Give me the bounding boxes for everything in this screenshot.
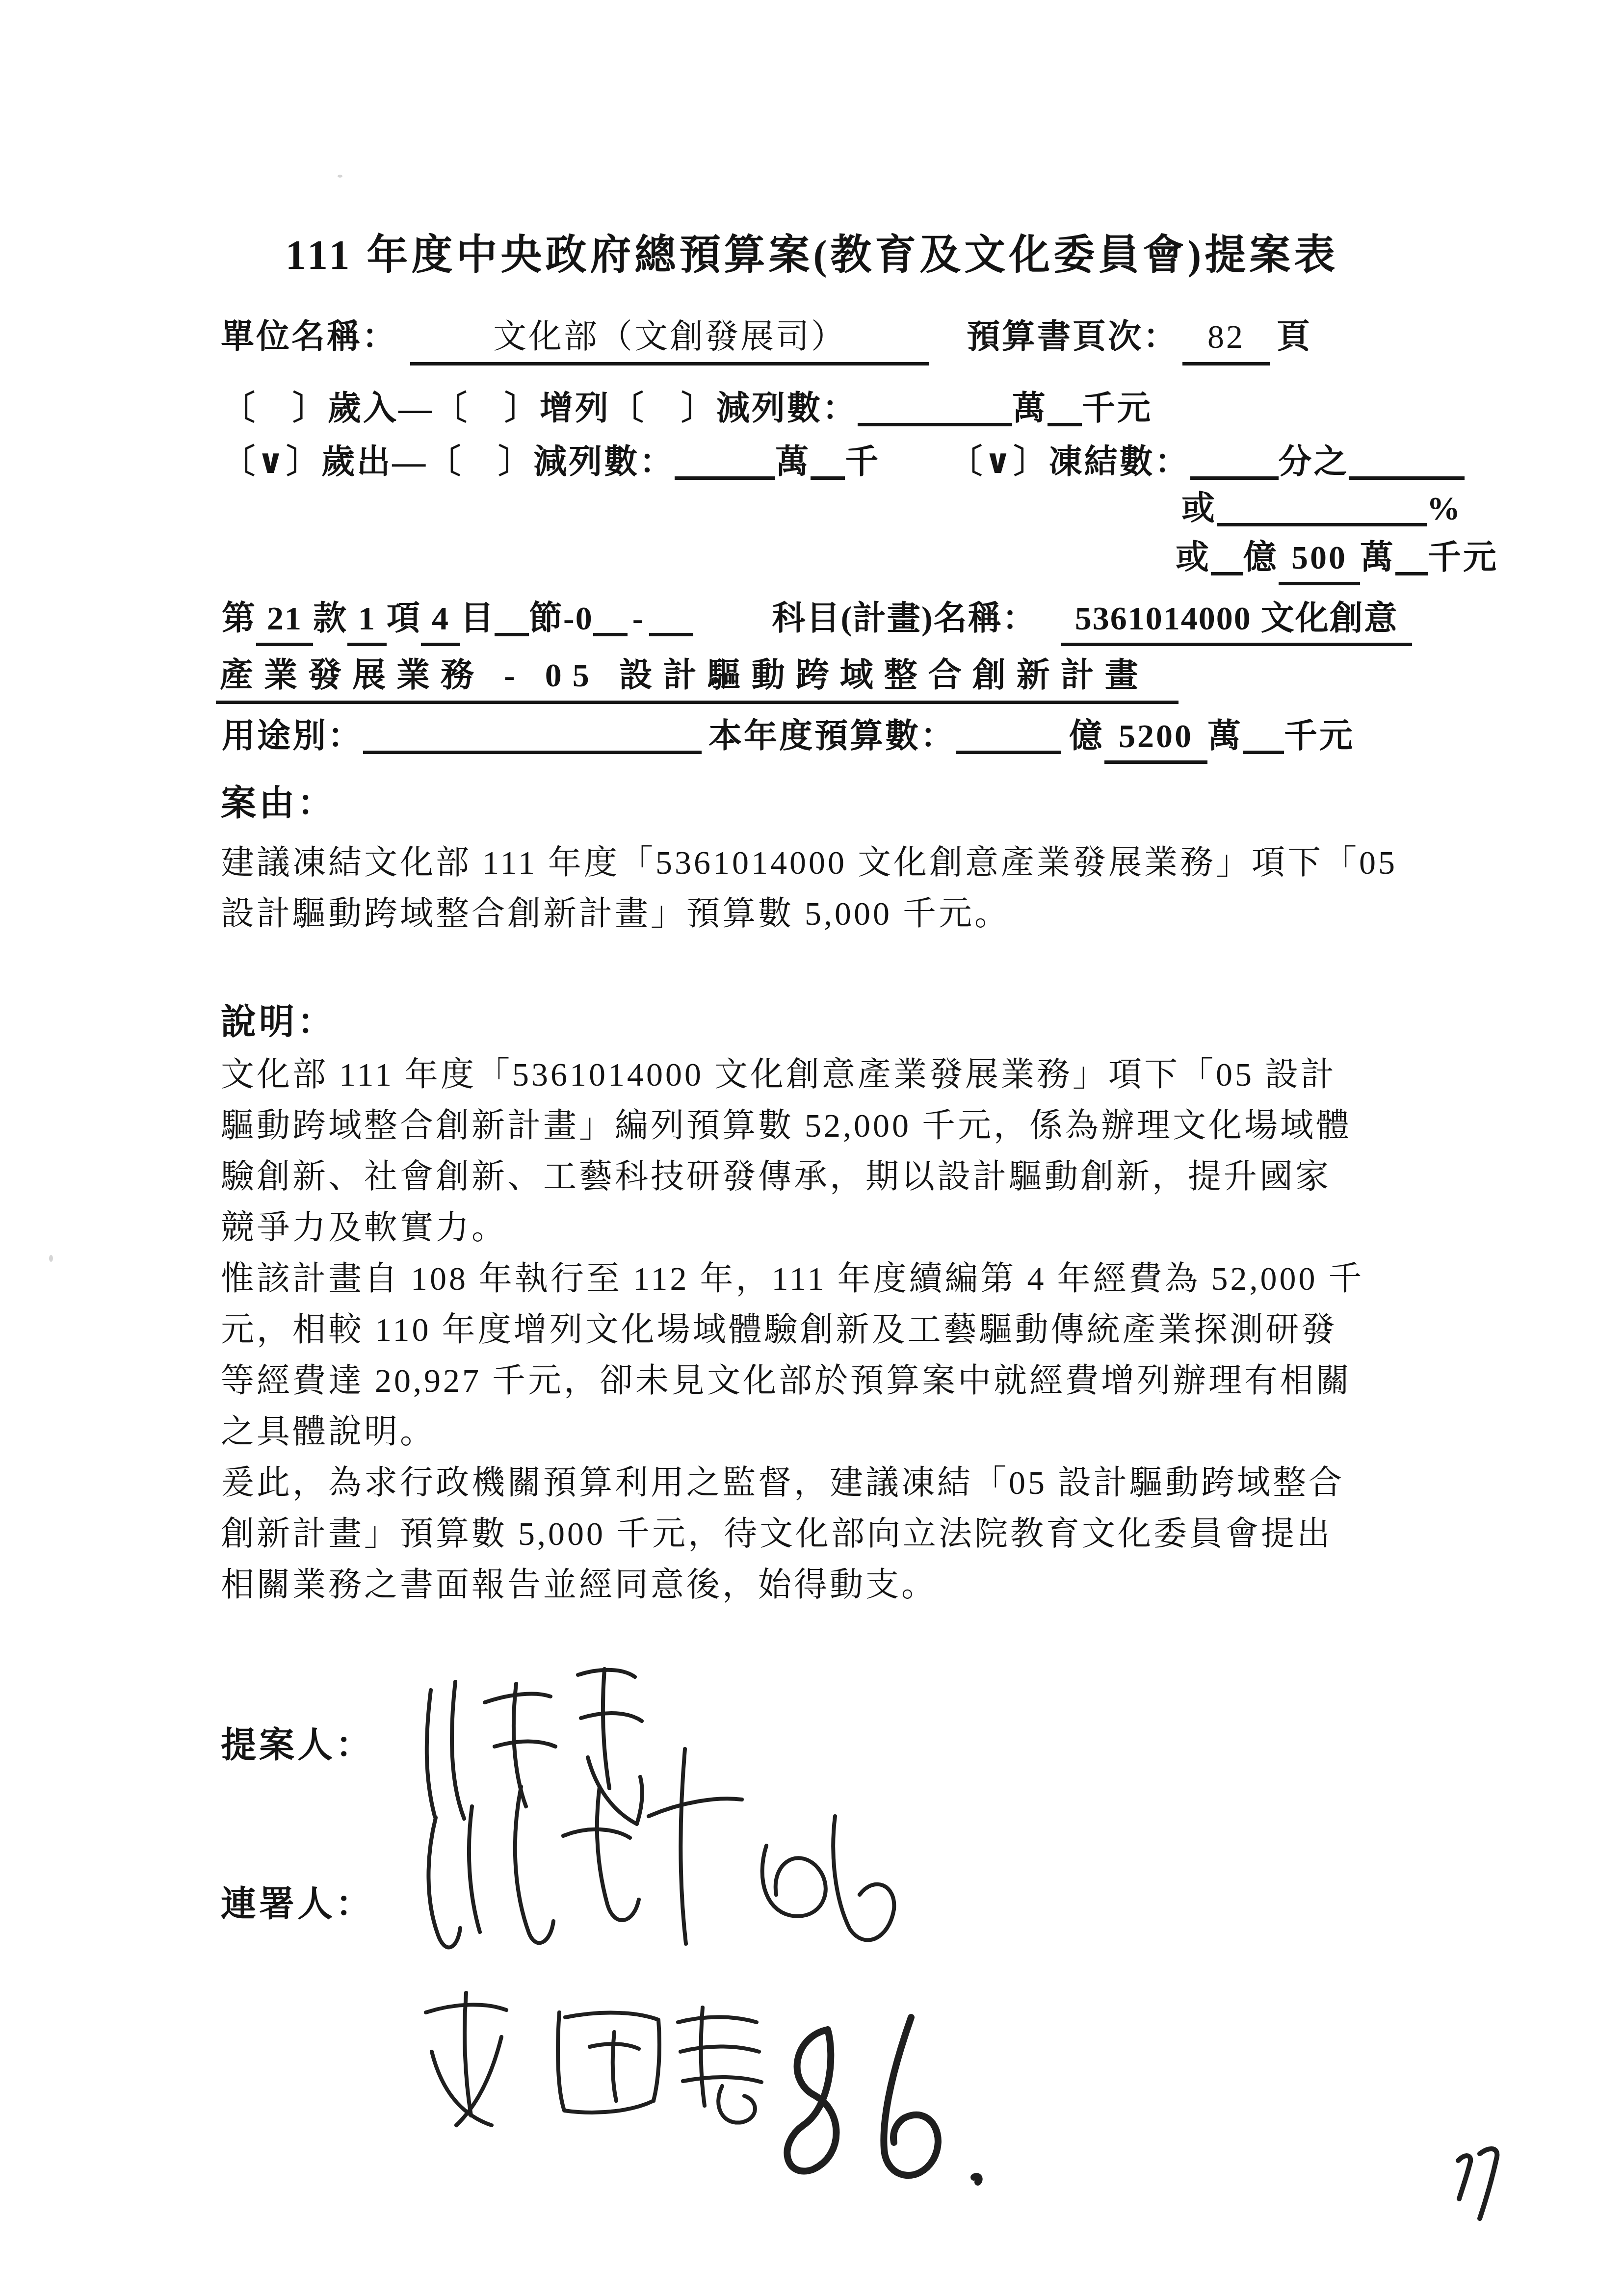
description-line: 文化部 111 年度「5361014000 文化創意產業發展業務」項下「05 設… <box>221 1049 1364 1100</box>
subject-value-line1: 5361014000 文化創意 <box>1061 599 1412 646</box>
case-line: 建議凍結文化部 111 年度「5361014000 文化創意產業發展業務」項下「… <box>221 837 1397 888</box>
expense-row: 〔∨〕歲出—〔 〕減列數：萬千〔∨〕凍結數：分之 <box>222 442 1465 482</box>
cosigner-signature-2 <box>426 1993 761 2125</box>
budget-qianyuan-unit: 千元 <box>1284 717 1355 755</box>
freeze-amount-500: 500 <box>1279 538 1360 585</box>
checkbox-decrease: 〔 〕 <box>610 390 716 427</box>
kuan-number: 21 <box>256 599 313 646</box>
jie-dash: - <box>632 600 645 637</box>
description-line: 相關業務之書面報告並經同意後，始得動支。 <box>221 1559 1364 1610</box>
or-label-2: 或 <box>1176 539 1211 576</box>
budget-book-page-label: 預算書頁次： <box>967 318 1179 355</box>
case-line: 設計驅動跨域整合創新計畫」預算數 5,000 千元。 <box>221 888 1397 939</box>
checkbox-freeze-checked: 〔∨〕 <box>949 443 1048 480</box>
description-line: 競爭力及軟實力。 <box>221 1202 1364 1253</box>
blank-yi <box>1211 567 1243 575</box>
description-line: 驅動跨域整合創新計畫」編列預算數 52,000 千元，係為辦理文化場域體 <box>221 1100 1364 1151</box>
budget-amount-5200: 5200 <box>1104 716 1207 764</box>
blank-budget-qian <box>1243 746 1284 754</box>
increase-label: 增列 <box>540 390 610 427</box>
budget-wan-unit: 萬 <box>1207 717 1243 755</box>
usage-label: 用途別： <box>222 717 363 755</box>
subject-value-line2: 產業發展業務 - 05 設計驅動跨域整合創新計畫 <box>216 655 1179 704</box>
decrease-amount-label: 減列數： <box>716 390 858 427</box>
handwritten-number-86 <box>787 2017 979 2182</box>
budget-yi-unit: 億 <box>1069 717 1104 755</box>
xiang-label: 項 <box>387 600 421 637</box>
description-heading: 說明： <box>221 1001 336 1043</box>
expense-decrease-label: 減列數： <box>533 443 675 480</box>
or-wan-unit: 萬 <box>1360 539 1395 576</box>
revenue-row: 〔 〕歲入—〔 〕增列〔 〕減列數：萬千元 <box>222 389 1153 429</box>
checkbox-expense-checked: 〔∨〕 <box>222 443 321 480</box>
di-label: 第 <box>222 600 256 637</box>
wan-unit: 萬 <box>1012 390 1048 427</box>
blank-expense-wan <box>675 471 775 480</box>
year-budget-label: 本年度預算數： <box>708 717 956 755</box>
blank-freeze-denominator <box>1349 471 1465 480</box>
blank-expense-qian <box>811 471 845 480</box>
description-line: 惟該計畫自 108 年執行至 112 年，111 年度續編第 4 年經費為 52… <box>221 1253 1364 1304</box>
unit-value-field: 文化部（文創發展司） <box>410 317 929 365</box>
yi-unit: 億 <box>1243 539 1279 576</box>
cosigner-label: 連署人： <box>221 1883 374 1925</box>
unit-label: 單位名稱： <box>221 318 397 355</box>
scan-speck <box>49 1255 53 1262</box>
blank-jie-1 <box>593 628 628 636</box>
expense-qian-unit: 千 <box>845 443 880 480</box>
budget-item-row: 第21款1項4目節-0-科目(計畫)名稱：5361014000 文化創意 <box>222 599 1412 646</box>
blank-jie-2 <box>649 628 693 636</box>
mu-label: 目 <box>460 600 495 637</box>
or-percent-row: 或% <box>1181 489 1462 529</box>
scanned-proposal-form: 111 年度中央政府總預算案(教育及文化委員會)提案表 單位名稱：文化部（文創發… <box>0 0 1624 2296</box>
proposer-label: 提案人： <box>221 1724 374 1766</box>
kuan-label: 款 <box>313 600 347 637</box>
description-line: 之具體說明。 <box>221 1406 1364 1457</box>
description-line: 等經費達 20,927 千元，卻未見文化部於預算案中就經費增列辦理有相關 <box>221 1355 1364 1406</box>
jie-label: 節-0 <box>529 600 593 637</box>
or-qianyuan-unit: 千元 <box>1428 539 1498 576</box>
or-label-1: 或 <box>1181 490 1217 527</box>
budget-item-row-2: 產業發展業務 - 05 設計驅動跨域整合創新計畫 <box>216 655 1179 704</box>
subject-label: 科目(計畫)名稱： <box>772 600 1036 637</box>
checkbox-expense-decrease: 〔 〕 <box>427 443 533 480</box>
blank-budget-yi <box>956 746 1061 754</box>
xiang-number: 1 <box>347 599 387 646</box>
unit-row: 單位名稱：文化部（文創發展司）預算書頁次：82頁 <box>221 317 1312 365</box>
freeze-amount-label: 凍結數： <box>1049 443 1190 480</box>
blank-jie-pre <box>495 628 529 636</box>
checkbox-increase: 〔 〕 <box>434 390 540 427</box>
case-heading: 案由： <box>221 782 336 824</box>
case-paragraph: 建議凍結文化部 111 年度「5361014000 文化創意產業發展業務」項下「… <box>221 837 1397 939</box>
scan-speck <box>338 175 342 178</box>
cosigner-signature-1 <box>428 1749 894 1947</box>
expense-label: 歲出— <box>321 443 427 480</box>
qianyuan-unit: 千元 <box>1082 390 1153 427</box>
or-amount-row: 或億500萬千元 <box>1176 538 1498 585</box>
description-line: 驗創新、社會創新、工藝科技研發傳承，期以設計驅動創新，提升國家 <box>221 1151 1364 1202</box>
description-line: 元，相較 110 年度增列文化場域體驗創新及工藝驅動傳統產業探測研發 <box>221 1304 1364 1355</box>
blank-qian-amount <box>1048 418 1082 426</box>
fenzhi-label: 分之 <box>1279 443 1349 480</box>
usage-row: 用途別：本年度預算數：億5200萬千元 <box>222 716 1355 764</box>
blank-amount-qian2 <box>1395 567 1428 575</box>
page-title: 111 年度中央政府總預算案(教育及文化委員會)提案表 <box>0 222 1624 281</box>
handwritten-page-number <box>1458 2149 1497 2218</box>
description-line: 爰此，為求行政機關預算利用之監督，建議凍結「05 設計驅動跨域整合 <box>221 1457 1364 1508</box>
blank-percent <box>1217 518 1427 526</box>
budget-book-page-value: 82 <box>1182 317 1270 365</box>
revenue-label: 歲入— <box>328 390 434 427</box>
proposer-signature <box>427 1669 642 1824</box>
blank-wan-amount <box>858 418 1012 426</box>
expense-wan-unit: 萬 <box>775 443 811 480</box>
description-paragraph: 文化部 111 年度「5361014000 文化創意產業發展業務」項下「05 設… <box>221 1049 1364 1610</box>
percent-sign: % <box>1427 490 1462 527</box>
mu-number: 4 <box>421 599 460 646</box>
blank-usage <box>363 746 702 754</box>
blank-freeze-numerator <box>1190 471 1279 480</box>
description-line: 創新計畫」預算數 5,000 千元，待文化部向立法院教育文化委員會提出 <box>221 1508 1364 1559</box>
page-unit-label: 頁 <box>1277 318 1312 355</box>
checkbox-revenue: 〔 〕 <box>222 390 328 427</box>
